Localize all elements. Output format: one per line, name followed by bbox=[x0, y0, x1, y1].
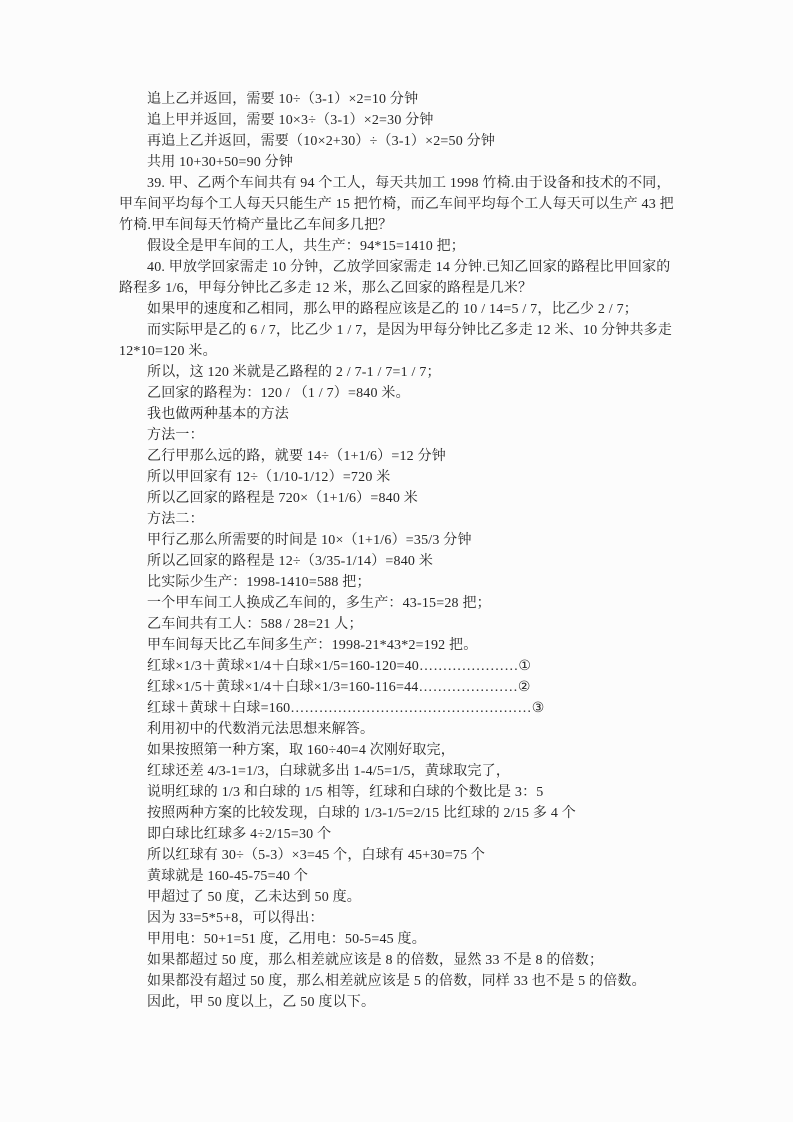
text-line: 甲超过了 50 度，乙未达到 50 度。 bbox=[119, 887, 679, 908]
document-page: 追上乙并返回，需要 10÷（3-1）×2=10 分钟追上甲并返回，需要 10×3… bbox=[0, 0, 793, 1122]
text-line: 甲车间每天比乙车间多生产：1998-21*43*2=192 把。 bbox=[119, 635, 679, 656]
text-line: 乙回家的路程为：120 / （1 / 7）=840 米。 bbox=[119, 383, 679, 404]
text-line: 方法二： bbox=[119, 509, 679, 530]
text-line: 红球×1/5＋黄球×1/4＋白球×1/3=160-116=44…………………② bbox=[119, 677, 679, 698]
text-line: 竹椅.甲车间每天竹椅产量比乙车间多几把？ bbox=[119, 215, 679, 236]
text-line: 按照两种方案的比较发现，白球的 1/3-1/5=2/15 比红球的 2/15 多… bbox=[119, 803, 679, 824]
text-line: 红球×1/3＋黄球×1/4＋白球×1/5=160-120=40…………………① bbox=[119, 656, 679, 677]
text-line: 而实际甲是乙的 6 / 7，比乙少 1 / 7，是因为甲每分钟比乙多走 12 米… bbox=[119, 320, 679, 341]
text-line: 乙车间共有工人：588 / 28=21 人； bbox=[119, 614, 679, 635]
text-line: 共用 10+30+50=90 分钟 bbox=[119, 152, 679, 173]
text-line: 利用初中的代数消元法思想来解答。 bbox=[119, 719, 679, 740]
text-line: 如果都没有超过 50 度，那么相差就应该是 5 的倍数，同样 33 也不是 5 … bbox=[119, 971, 679, 992]
text-line: 如果按照第一种方案，取 160÷40=4 次刚好取完， bbox=[119, 740, 679, 761]
text-line: 40. 甲放学回家需走 10 分钟，乙放学回家需走 14 分钟.已知乙回家的路程… bbox=[119, 257, 679, 278]
text-line: 路程多 1/6，甲每分钟比乙多走 12 米，那么乙回家的路程是几米？ bbox=[119, 278, 679, 299]
text-line: 因此，甲 50 度以上，乙 50 度以下。 bbox=[119, 992, 679, 1013]
text-line: 甲行乙那么所需要的时间是 10×（1+1/6）=35/3 分钟 bbox=[119, 530, 679, 551]
text-line: 乙行甲那么远的路，就要 14÷（1+1/6）=12 分钟 bbox=[119, 446, 679, 467]
text-line: 红球＋黄球＋白球=160……………………………………………③ bbox=[119, 698, 679, 719]
text-line: 说明红球的 1/3 和白球的 1/5 相等，红球和白球的个数比是 3：5 bbox=[119, 782, 679, 803]
text-line: 假设全是甲车间的工人，共生产：94*15=1410 把； bbox=[119, 236, 679, 257]
text-line: 39. 甲、乙两个车间共有 94 个工人，每天共加工 1998 竹椅.由于设备和… bbox=[119, 173, 679, 194]
text-line: 追上乙并返回，需要 10÷（3-1）×2=10 分钟 bbox=[119, 89, 679, 110]
text-line: 再追上乙并返回，需要（10×2+30）÷（3-1）×2=50 分钟 bbox=[119, 131, 679, 152]
text-line: 方法一： bbox=[119, 425, 679, 446]
text-line: 12*10=120 米。 bbox=[119, 341, 679, 362]
text-line: 红球还差 4/3-1=1/3，白球就多出 1-4/5=1/5，黄球取完了， bbox=[119, 761, 679, 782]
document-lines: 追上乙并返回，需要 10÷（3-1）×2=10 分钟追上甲并返回，需要 10×3… bbox=[119, 89, 679, 1013]
text-line: 所以，这 120 米就是乙路程的 2 / 7-1 / 7=1 / 7； bbox=[119, 362, 679, 383]
text-line: 因为 33=5*5+8，可以得出： bbox=[119, 908, 679, 929]
text-line: 比实际少生产：1998-1410=588 把； bbox=[119, 572, 679, 593]
text-line: 甲车间平均每个工人每天只能生产 15 把竹椅，而乙车间平均每个工人每天可以生产 … bbox=[119, 194, 679, 215]
text-line: 所以红球有 30÷（5-3）×3=45 个，白球有 45+30=75 个 bbox=[119, 845, 679, 866]
text-line: 如果甲的速度和乙相同，那么甲的路程应该是乙的 10 / 14=5 / 7，比乙少… bbox=[119, 299, 679, 320]
text-line: 所以乙回家的路程是 12÷（3/35-1/14）=840 米 bbox=[119, 551, 679, 572]
text-line: 即白球比红球多 4÷2/15=30 个 bbox=[119, 824, 679, 845]
text-line: 黄球就是 160-45-75=40 个 bbox=[119, 866, 679, 887]
text-line: 我也做两种基本的方法 bbox=[119, 404, 679, 425]
text-line: 追上甲并返回，需要 10×3÷（3-1）×2=30 分钟 bbox=[119, 110, 679, 131]
text-line: 所以甲回家有 12÷（1/10-1/12）=720 米 bbox=[119, 467, 679, 488]
text-line: 甲用电：50+1=51 度，乙用电：50-5=45 度。 bbox=[119, 929, 679, 950]
text-line: 一个甲车间工人换成乙车间的，多生产：43-15=28 把； bbox=[119, 593, 679, 614]
text-line: 所以乙回家的路程是 720×（1+1/6）=840 米 bbox=[119, 488, 679, 509]
text-line: 如果都超过 50 度，那么相差就应该是 8 的倍数，显然 33 不是 8 的倍数… bbox=[119, 950, 679, 971]
